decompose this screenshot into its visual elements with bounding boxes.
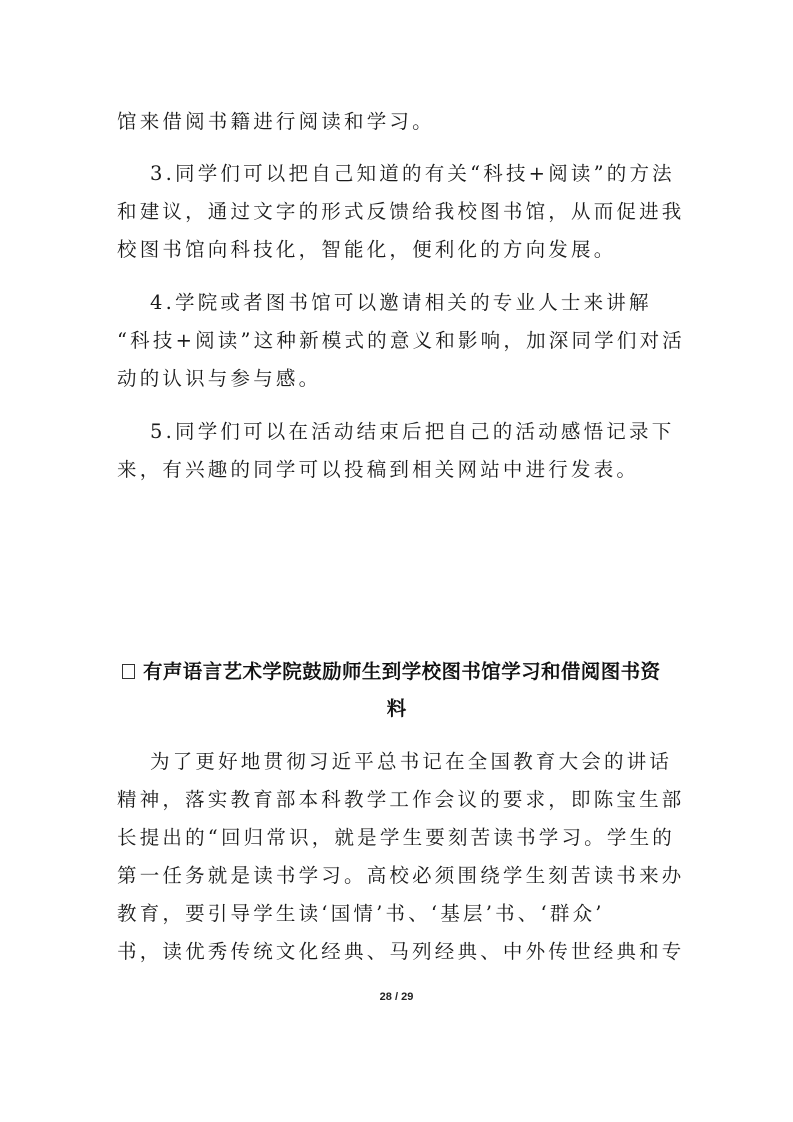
body-paragraph-line: 教育，要引导学生读‘国情’书、‘基层’书、‘群众’: [117, 902, 605, 926]
section-heading: 有声语言艺术学院鼓励师生到学校图书馆学习和借阅图书资: [122, 660, 682, 684]
list-item-4-line: 4.学院或者图书馆可以邀请相关的专业人士来讲解: [150, 291, 652, 315]
body-paragraph-line: 第一任务就是读书学习。高校必须围绕学生刻苦读书来办: [117, 864, 685, 888]
list-item-5-line: 5.同学们可以在活动结束后把自己的活动感悟记录下: [150, 420, 674, 444]
body-paragraph-line: 为了更好地贯彻习近平总书记在全国教育大会的讲话: [150, 750, 672, 774]
list-item-5-line: 来，有兴趣的同学可以投稿到相关网站中进行发表。: [117, 458, 639, 482]
list-item-3-line: 和建议，通过文字的形式反馈给我校图书馆，从而促进我: [117, 200, 685, 224]
body-paragraph-line: 书，读优秀传统文化经典、马列经典、中外传世经典和专: [117, 940, 685, 964]
page-number: 28 / 29: [0, 991, 793, 1003]
body-paragraph-line: 长提出的“回归常识，就是学生要刻苦读书学习。学生的: [117, 826, 675, 850]
list-item-4-line: 动的认识与参与感。: [117, 367, 321, 391]
document-page: 馆来借阅书籍进行阅读和学习。 3.同学们可以把自己知道的有关“科技+阅读”的方法…: [0, 0, 793, 1122]
section-heading-continuation: 料: [0, 697, 793, 721]
body-paragraph-line: 精神，落实教育部本科教学工作会议的要求，即陈宝生部: [117, 788, 685, 812]
list-item-4-line: “科技+阅读”这种新模式的意义和影响，加深同学们对活: [117, 329, 685, 353]
section-heading-text: 有声语言艺术学院鼓励师生到学校图书馆学习和借阅图书资: [143, 660, 660, 683]
checkbox-bullet-icon: [122, 664, 135, 679]
list-item-3-line: 校图书馆向科技化，智能化，便利化的方向发展。: [117, 238, 616, 262]
list-item-3-line: 3.同学们可以把自己知道的有关“科技+阅读”的方法: [150, 162, 675, 186]
paragraph-line: 馆来借阅书籍进行阅读和学习。: [117, 110, 435, 134]
